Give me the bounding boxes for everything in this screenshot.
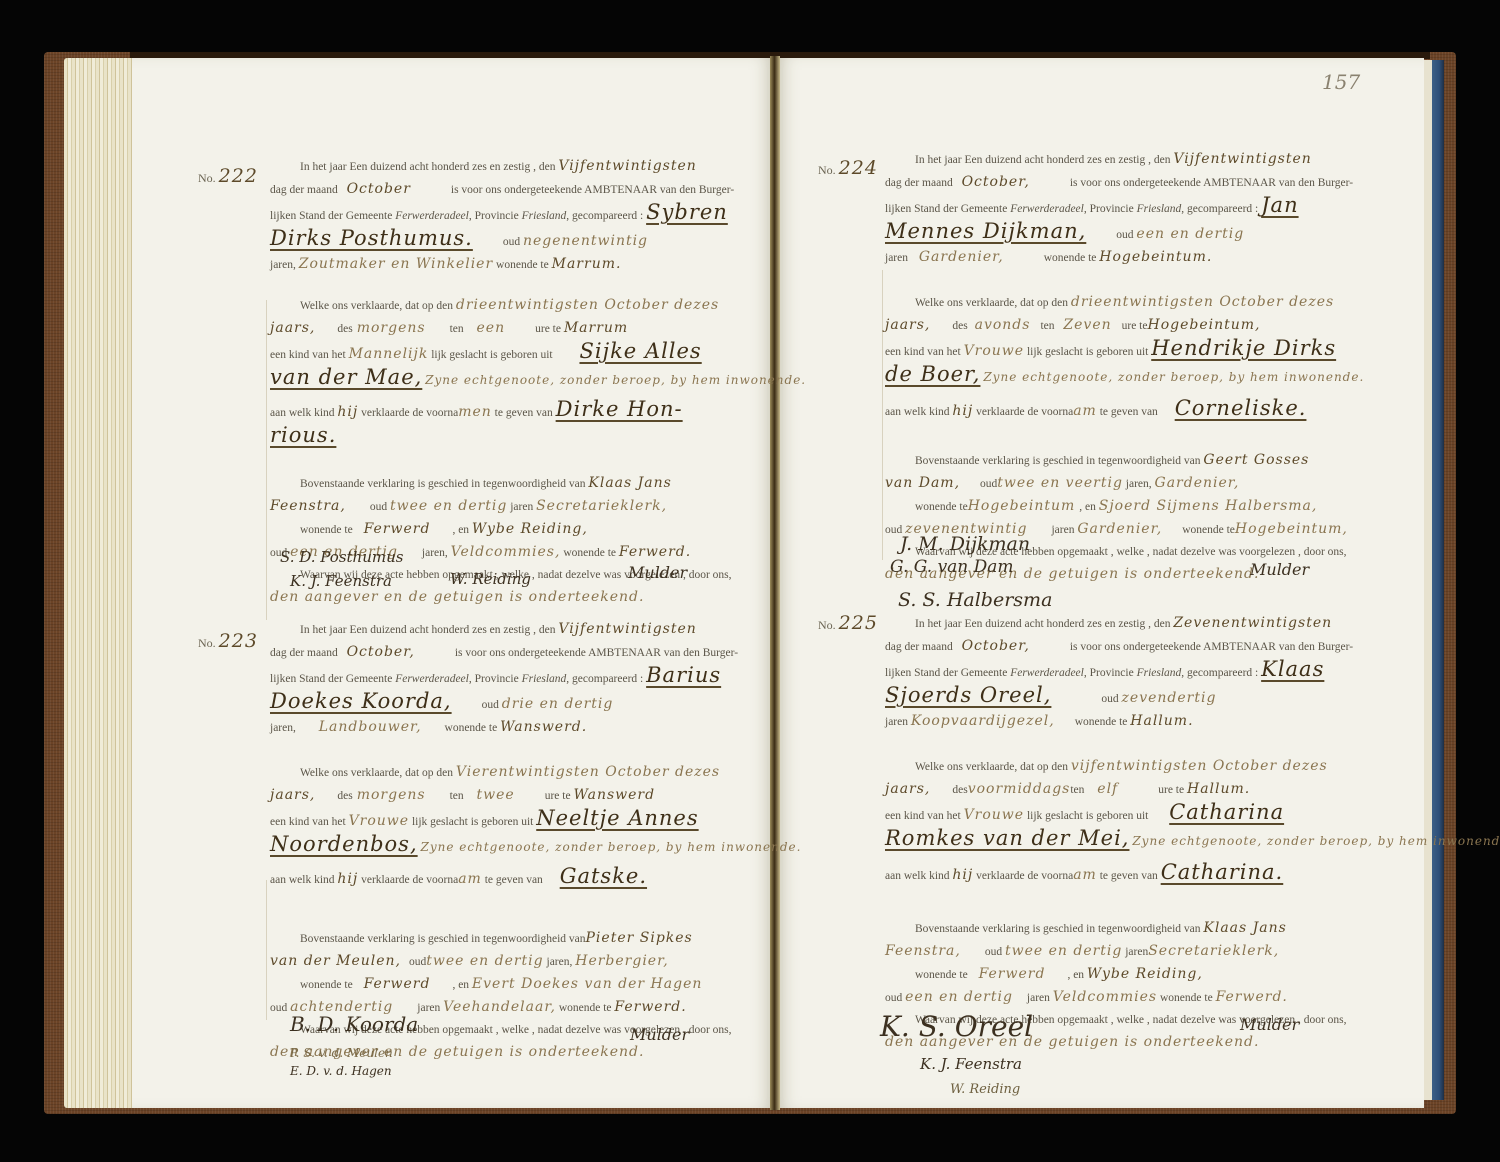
signature: W. Reiding <box>450 570 531 588</box>
birth-entry-222: In het jaar Een duizend acht honderd zes… <box>270 155 750 609</box>
registrar-signature: Mulder <box>628 563 687 582</box>
signature: P. S. v. d. Meulen <box>290 1046 393 1060</box>
signature: E. D. v. d. Hagen <box>290 1064 392 1078</box>
birth-entry-225: In het jaar Een duizend acht honderd zes… <box>885 612 1385 1054</box>
birth-entry-224: In het jaar Een duizend acht honderd zes… <box>885 148 1385 586</box>
signature: W. Reiding <box>950 1082 1020 1097</box>
entry-number: No. 224 <box>818 157 878 179</box>
margin-rule <box>882 270 883 560</box>
registrar-signature: Mulder <box>1250 560 1309 579</box>
registrar-signature: Mulder <box>630 1025 689 1044</box>
book-gutter <box>770 56 780 1110</box>
signature: S. S. Halbersma <box>898 589 1052 611</box>
signature: G. G. van Dam <box>890 557 1014 577</box>
page-number: 157 <box>1322 70 1360 94</box>
signature: K. J. Feenstra <box>290 572 392 590</box>
signature: K. J. Feenstra <box>920 1055 1022 1073</box>
margin-rule <box>266 880 267 1020</box>
birth-entry-223: In het jaar Een duizend acht honderd zes… <box>270 618 750 1064</box>
entry-number: No. 225 <box>818 612 878 634</box>
page-stack-left <box>64 58 134 1108</box>
entry-number: No. 222 <box>198 165 258 187</box>
registrar-signature: Mulder <box>1240 1015 1299 1034</box>
blue-endpaper-edge <box>1432 60 1444 1100</box>
signature: B. D. Koorda <box>290 1012 418 1036</box>
entry-number: No. 223 <box>198 630 258 652</box>
signature: S. D. Posthumus <box>280 548 403 566</box>
signature: K. S. Oreel <box>880 1010 1033 1043</box>
signature: J. M. Dijkman <box>900 533 1030 555</box>
margin-rule <box>266 300 267 620</box>
